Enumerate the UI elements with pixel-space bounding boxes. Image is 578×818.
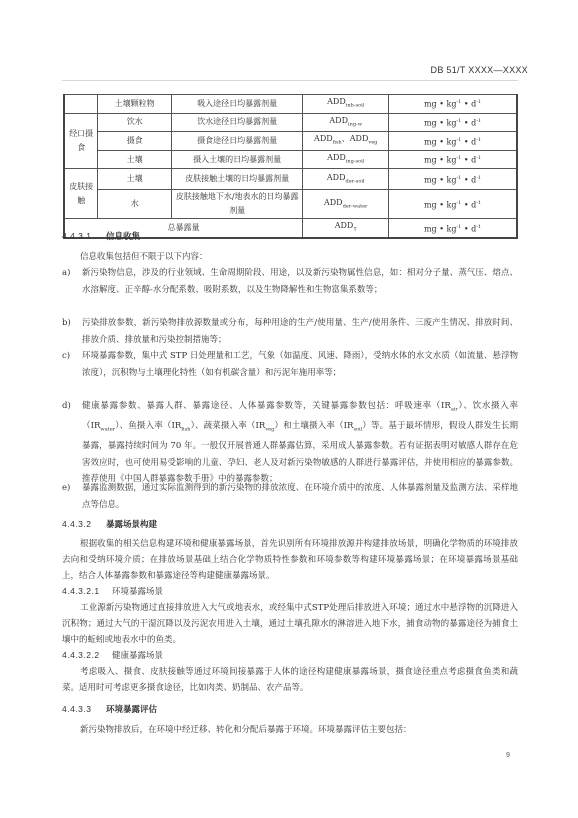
- list-item-b: b)污染排放参数，新污染物排放源数量或分布，每种用途的生产/使用量、生产/使用条…: [82, 315, 518, 348]
- exposure-dose-table: 土壤颗粒物 吸入途径日均暴露剂量 ADDinh-soil mg • kg-1 •…: [63, 94, 518, 239]
- add-cell: ADDfish、ADDveg: [303, 132, 389, 151]
- medium-cell: 土壤: [98, 169, 172, 190]
- page-number: 9: [506, 752, 510, 759]
- list-item-d: d)健康暴露参数、暴露人群、暴露途径、人体暴露参数等，关键暴露参数包括：呼吸速率…: [82, 398, 518, 488]
- section-title: 信息收集: [106, 232, 140, 242]
- unit-cell: mg • kg-1 • d-1: [389, 169, 517, 190]
- unit-cell: mg • kg-1 • d-1: [389, 132, 517, 151]
- table-row: 经口摄食 饮水 饮水途径日均暴露剂量 ADDing-w mg • kg-1 • …: [64, 113, 517, 132]
- table-row: 皮肤接触 土壤 皮肤接触土壤的日均暴露剂量 ADDder-soil mg • k…: [64, 169, 517, 190]
- list-text: 污染排放参数，新污染物排放源数量或分布，每种用途的生产/使用量、生产/使用条件、…: [82, 318, 518, 345]
- add-cell: ADDing-soil: [303, 150, 389, 169]
- subsection-heading-env-scenario: 4.4.3.2.1环境暴露场景: [62, 585, 163, 597]
- desc-cell: 吸入途径日均暴露剂量: [172, 95, 303, 114]
- section-title: 暴露场景构建: [106, 520, 157, 530]
- unit-cell: mg • kg-1 • d-1: [389, 190, 517, 219]
- list-item-c: c)环境暴露参数，集中式 STP 日处理量和工艺，气象（如温度、风速、降雨），受…: [82, 348, 518, 381]
- list-marker: c): [62, 348, 70, 365]
- list-text: 环境暴露参数，集中式 STP 日处理量和工艺，气象（如温度、风速、降雨），受纳水…: [82, 351, 518, 378]
- desc-cell: 皮肤接触土壤的日均暴露剂量: [172, 169, 303, 190]
- unit-cell: mg • kg-1 • d-1: [389, 113, 517, 132]
- subsection-title: 环境暴露场景: [112, 586, 163, 596]
- section-title: 环境暴露评估: [106, 705, 157, 715]
- health-scenario-paragraph: 考虑吸入、摄食、皮肤接触等通过环境间接暴露于人体的途径构建健康暴露场景，摄食途径…: [62, 664, 518, 696]
- list-text: 暴露监测数据，通过实际监测得到的新污染物的排放浓度、在环境介质中的浓度、人体暴露…: [82, 483, 518, 510]
- unit-cell: mg • kg-1 • d-1: [389, 150, 517, 169]
- medium-cell: 土壤颗粒物: [98, 95, 172, 114]
- add-cell: ADDinh-soil: [303, 95, 389, 114]
- table-row: 土壤 摄入土壤的日均暴露剂量 ADDing-soil mg • kg-1 • d…: [64, 150, 517, 169]
- subsection-number: 4.4.3.2.1: [62, 586, 112, 596]
- list-text: 新污染物信息，涉及的行业领域、生命周期阶段、用途，以及新污染物属性信息，如：相对…: [82, 268, 518, 295]
- table-row: 土壤颗粒物 吸入途径日均暴露剂量 ADDinh-soil mg • kg-1 •…: [64, 95, 517, 114]
- env-scenario-paragraph: 工业源新污染物通过直接排放进入大气或地表水，或经集中式STP处理后排放进入环境；…: [62, 600, 518, 648]
- section-heading-info-collection: 4.4.3.1信息收集: [62, 230, 140, 242]
- section-number: 4.4.3.1: [62, 231, 106, 241]
- env-assessment-paragraph: 新污染物排放后，在环境中经迁移、转化和分配后暴露于环境。环境暴露评估主要包括：: [62, 722, 518, 738]
- list-item-e: e)暴露监测数据，通过实际监测得到的新污染物的排放浓度、在环境介质中的浓度、人体…: [82, 480, 518, 513]
- table-row: 水 皮肤接触地下水/地表水的日均暴露剂量 ADDder-water mg • k…: [64, 190, 517, 219]
- group-cell-oral: 经口摄食: [64, 113, 98, 169]
- subsection-title: 健康暴露场景: [112, 650, 163, 660]
- unit-cell: mg • kg-1 • d-1: [389, 219, 517, 238]
- section-heading-env-assessment: 4.4.3.3环境暴露评估: [62, 703, 157, 715]
- add-cell: ADDing-w: [303, 113, 389, 132]
- group-cell: [64, 95, 98, 114]
- document-code: DB 51/T XXXX—XXXX: [431, 65, 528, 75]
- desc-cell: 皮肤接触地下水/地表水的日均暴露剂量: [172, 190, 303, 219]
- list-marker: d): [62, 398, 71, 415]
- list-marker: a): [62, 265, 70, 282]
- medium-cell: 土壤: [98, 150, 172, 169]
- desc-cell: 摄入土壤的日均暴露剂量: [172, 150, 303, 169]
- table-row: 摄食 摄食途径日均暴露剂量 ADDfish、ADDveg mg • kg-1 •…: [64, 132, 517, 151]
- section-heading-scenario: 4.4.3.2暴露场景构建: [62, 518, 157, 530]
- medium-cell: 水: [98, 190, 172, 219]
- list-text: 健康暴露参数、暴露人群、暴露途径、人体暴露参数等，关键暴露参数包括：呼吸速率（I…: [82, 401, 518, 484]
- medium-cell: 摄食: [98, 132, 172, 151]
- unit-cell: mg • kg-1 • d-1: [389, 95, 517, 114]
- scenario-paragraph: 根据收集的相关信息构建环境和健康暴露场景，首先识别所有环境排放源并构建排放场景，…: [62, 536, 518, 584]
- subsection-number: 4.4.3.2.2: [62, 650, 112, 660]
- add-cell: ADDder-soil: [303, 169, 389, 190]
- header-rule: [62, 80, 518, 81]
- add-cell: ADDT: [303, 219, 389, 238]
- section-number: 4.4.3.2: [62, 519, 106, 529]
- group-cell-dermal: 皮肤接触: [64, 169, 98, 219]
- add-cell: ADDder-water: [303, 190, 389, 219]
- list-item-a: a)新污染物信息，涉及的行业领域、生命周期阶段、用途，以及新污染物属性信息，如：…: [82, 265, 518, 298]
- desc-cell: 摄食途径日均暴露剂量: [172, 132, 303, 151]
- subsection-heading-health-scenario: 4.4.3.2.2健康暴露场景: [62, 649, 163, 661]
- intro-paragraph: 信息收集包括但不限于以下内容：: [62, 249, 518, 265]
- list-marker: e): [62, 480, 70, 497]
- section-number: 4.4.3.3: [62, 704, 106, 714]
- list-marker: b): [62, 315, 71, 332]
- medium-cell: 饮水: [98, 113, 172, 132]
- desc-cell: 饮水途径日均暴露剂量: [172, 113, 303, 132]
